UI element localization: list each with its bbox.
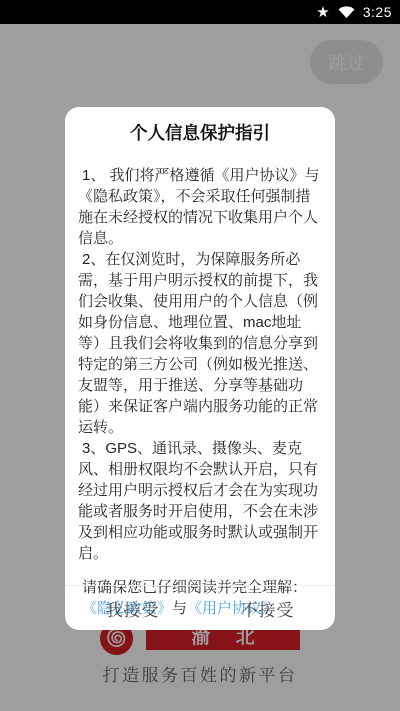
- reject-button[interactable]: 不接受: [200, 586, 335, 630]
- app-screen: ★ 3:25 跳过 渝 北 打造服务百姓的新平台 个人信息保护指引 1、 我们将…: [0, 0, 400, 711]
- accept-button[interactable]: 我接受: [65, 586, 200, 630]
- privacy-paragraph-1: 1、 我们将严格遵循《用户协议》与《隐私政策》，不会采取任何强制措施在未经授权的…: [78, 165, 322, 249]
- privacy-paragraph-3: 3、GPS、通讯录、摄像头、麦克风、相册权限均不会默认开启，只有经过用户明示授权…: [78, 438, 322, 564]
- status-bar: ★ 3:25: [0, 0, 400, 24]
- status-time: 3:25: [363, 4, 392, 20]
- dialog-body: 1、 我们将严格遵循《用户协议》与《隐私政策》，不会采取任何强制措施在未经授权的…: [65, 165, 335, 619]
- dialog-title: 个人信息保护指引: [65, 107, 335, 146]
- dialog-button-row: 我接受 不接受: [65, 585, 335, 630]
- privacy-paragraph-2: 2、在仅浏览时，为保障服务所必需，基于用户明示授权的前提下，我们会收集、使用用户…: [78, 249, 322, 438]
- privacy-dialog: 个人信息保护指引 1、 我们将严格遵循《用户协议》与《隐私政策》，不会采取任何强…: [65, 107, 335, 630]
- star-icon: ★: [316, 5, 329, 20]
- wifi-icon: [338, 6, 355, 19]
